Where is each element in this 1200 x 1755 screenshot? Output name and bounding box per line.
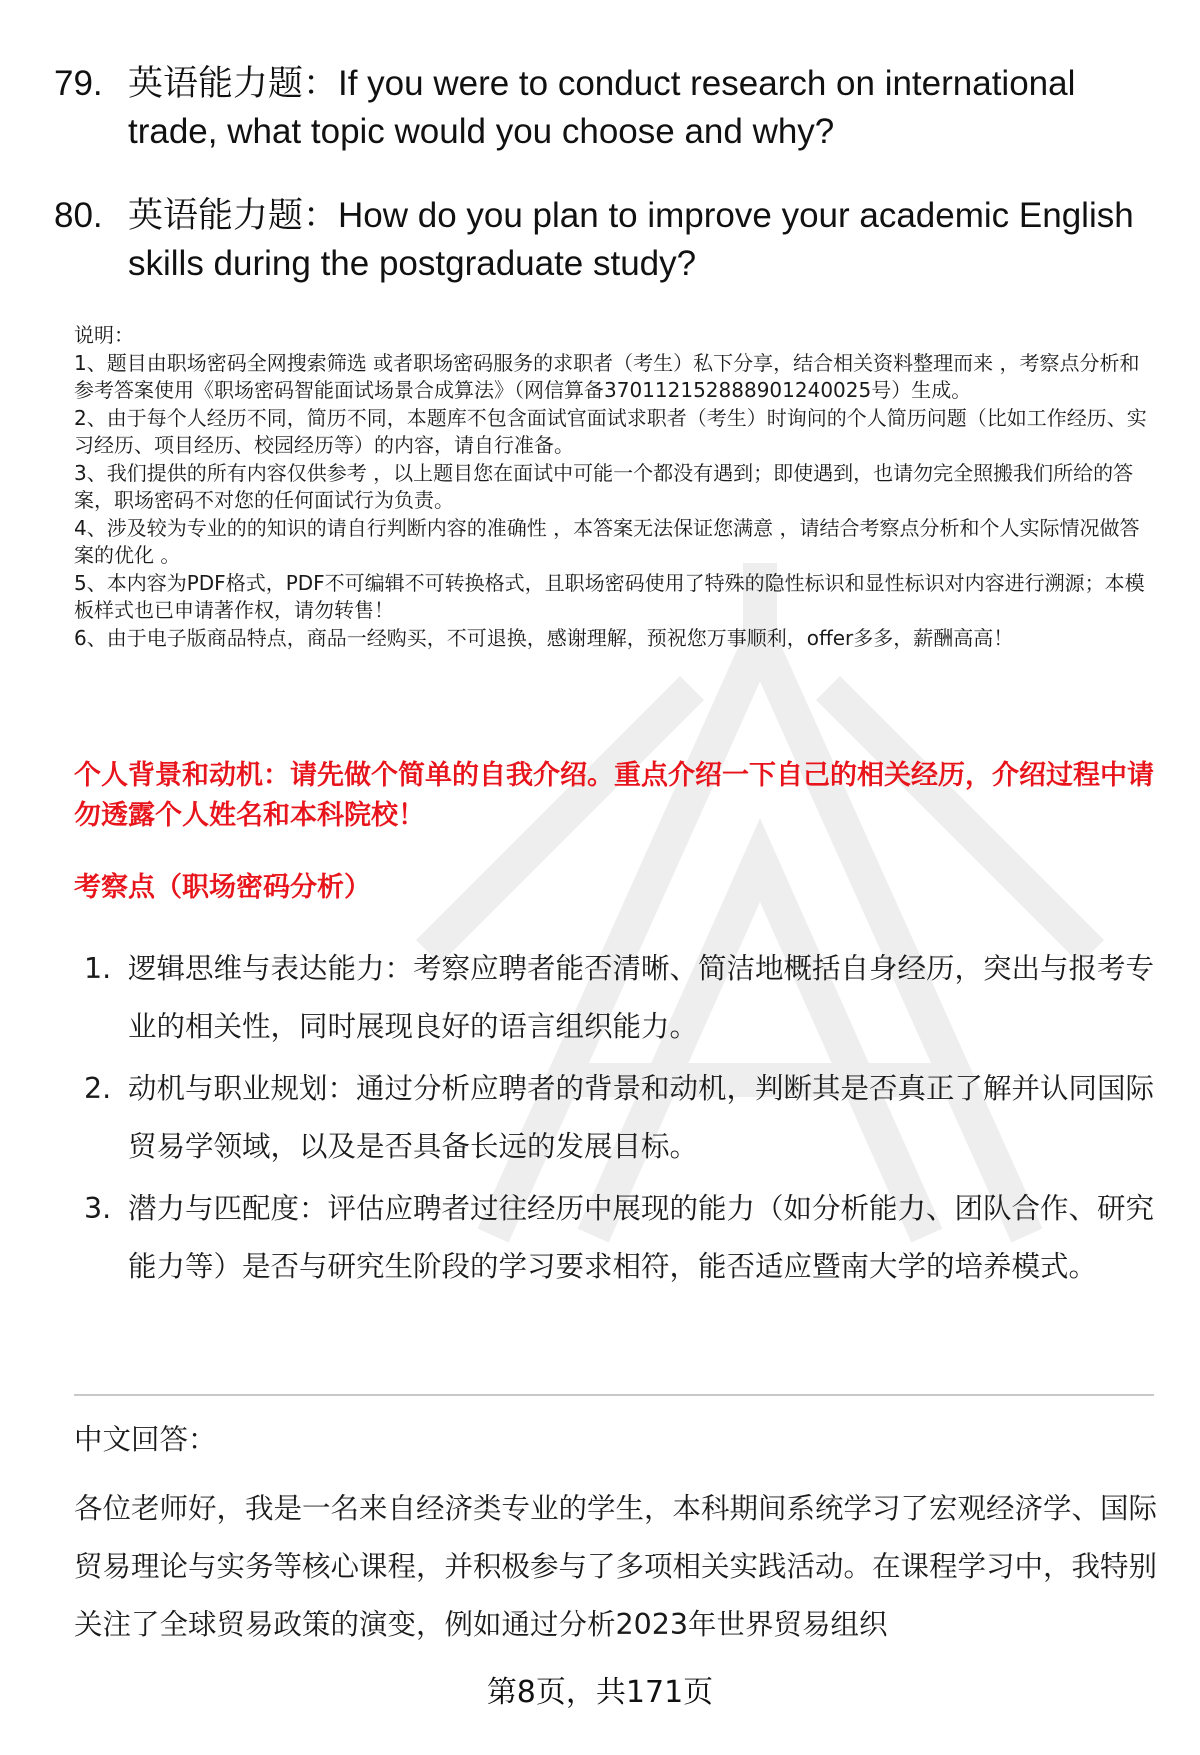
analysis-item-text: 潜力与匹配度：评估应聘者过往经历中展现的能力（如分析能力、团队合作、研究能力等）… <box>128 1192 1154 1283</box>
analysis-title: 考察点（职场密码分析） <box>74 868 371 908</box>
analysis-list: 1. 逻辑思维与表达能力：考察应聘者能否清晰、简洁地概括自身经历，突出与报考专业… <box>84 940 1154 1300</box>
note-item: 3、我们提供的所有内容仅供参考 ，以上题目您在面试中可能一个都没有遇到；即使遇到… <box>74 460 1154 515</box>
question-number: 80. <box>54 192 124 240</box>
interview-question-heading: 个人背景和动机：请先做个简单的自我介绍。重点介绍一下自己的相关经历，介绍过程中请… <box>74 756 1154 836</box>
note-item: 2、由于每个人经历不同，简历不同，本题库不包含面试官面试求职者（考生）时询问的个… <box>74 405 1154 460</box>
note-item: 5、本内容为PDF格式，PDF不可编辑不可转换格式，且职场密码使用了特殊的隐性标… <box>74 570 1154 625</box>
note-item: 6、由于电子版商品特点，商品一经购买，不可退换，感谢理解，预祝您万事顺利，off… <box>74 625 1154 653</box>
question-text: 英语能力题：If you were to conduct research on… <box>128 60 1174 156</box>
section-divider <box>74 1394 1154 1396</box>
question-text: 英语能力题：How do you plan to improve your ac… <box>128 192 1174 288</box>
answer-label: 中文回答： <box>74 1420 217 1460</box>
analysis-item: 1. 逻辑思维与表达能力：考察应聘者能否清晰、简洁地概括自身经历，突出与报考专业… <box>84 940 1154 1056</box>
analysis-item: 2. 动机与职业规划：通过分析应聘者的背景和动机，判断其是否真正了解并认同国际贸… <box>84 1060 1154 1176</box>
disclaimer-notes: 说明： 1、题目由职场密码全网搜索筛选 或者职场密码服务的求职者（考生）私下分享… <box>74 322 1154 652</box>
question-79: 79. 英语能力题：If you were to conduct researc… <box>54 60 1174 156</box>
question-80: 80. 英语能力题：How do you plan to improve you… <box>54 192 1174 288</box>
analysis-item: 3. 潜力与匹配度：评估应聘者过往经历中展现的能力（如分析能力、团队合作、研究能… <box>84 1180 1154 1296</box>
notes-title: 说明： <box>74 322 1154 350</box>
analysis-item-text: 逻辑思维与表达能力：考察应聘者能否清晰、简洁地概括自身经历，突出与报考专业的相关… <box>128 952 1154 1043</box>
note-item: 1、题目由职场密码全网搜索筛选 或者职场密码服务的求职者（考生）私下分享，结合相… <box>74 350 1154 405</box>
analysis-item-number: 2. <box>84 1060 111 1118</box>
question-number: 79. <box>54 60 124 108</box>
page-indicator: 第8页，共171页 <box>0 1673 1200 1713</box>
note-item: 4、涉及较为专业的的知识的请自行判断内容的准确性 ，本答案无法保证您满意 ，请结… <box>74 515 1154 570</box>
analysis-item-number: 3. <box>84 1180 111 1238</box>
analysis-item-text: 动机与职业规划：通过分析应聘者的背景和动机，判断其是否真正了解并认同国际贸易学领… <box>128 1072 1154 1163</box>
answer-body: 各位老师好，我是一名来自经济类专业的学生，本科期间系统学习了宏观经济学、国际贸易… <box>74 1480 1159 1654</box>
analysis-item-number: 1. <box>84 940 111 998</box>
